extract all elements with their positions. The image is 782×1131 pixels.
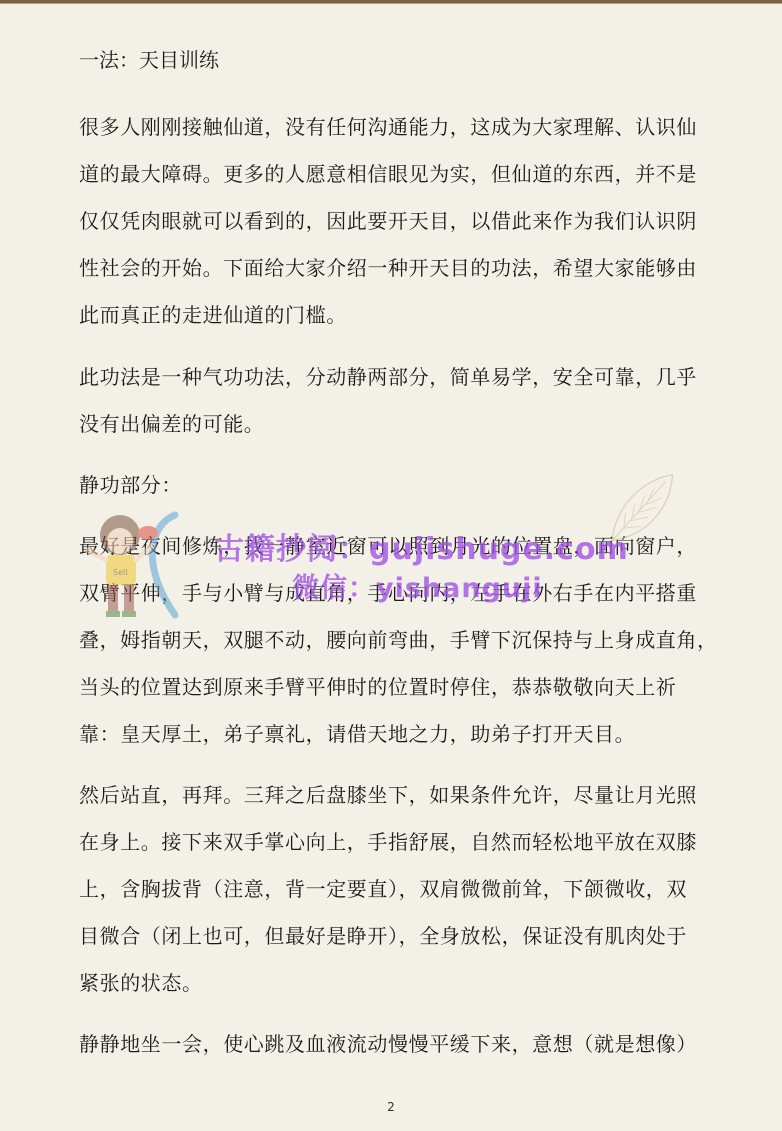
text-line: 性社会的开始。下面给大家介绍一种开天目的功法，希望大家能够由 <box>79 245 709 292</box>
text-line: 静静地坐一会，使心跳及血液流动慢慢平缓下来，意想（就是想像） <box>79 1021 709 1068</box>
paragraph-method: 此功法是一种气功功法，分动静两部分，简单易学，安全可靠，几乎 没有出偏差的可能。 <box>79 354 709 448</box>
text-line: 在身上。接下来双手掌心向上，手指舒展，自然而轻松地平放在双膝 <box>79 819 709 866</box>
text-line: 上，含胸拔背（注意，背一定要直），双肩微微前耸，下颌微收，双 <box>79 866 709 913</box>
text-line: 然后站直，再拜。三拜之后盘膝坐下，如果条件允许，尽量让月光照 <box>79 772 709 819</box>
text-line: 很多人刚刚接触仙道，没有任何沟通能力，这成为大家理解、认识仙 <box>79 104 709 151</box>
text-line: 紧张的状态。 <box>79 960 709 1007</box>
svg-text:Sell: Sell <box>113 568 127 577</box>
mascot-illustration-icon: Sell <box>80 505 200 625</box>
section-title: 一法：天目训练 <box>79 46 219 74</box>
text-line: 此而真正的走进仙道的门槛。 <box>79 292 709 339</box>
paragraph-sitting: 然后站直，再拜。三拜之后盘膝坐下，如果条件允许，尽量让月光照 在身上。接下来双手… <box>79 772 709 1007</box>
text-line: 仅仅凭肉眼就可以看到的，因此要开天目，以借此来作为我们认识阴 <box>79 198 709 245</box>
paragraph-intro: 很多人刚刚接触仙道，没有任何沟通能力，这成为大家理解、认识仙 道的最大障碍。更多… <box>79 104 709 339</box>
top-border <box>0 0 782 4</box>
text-line: 此功法是一种气功功法，分动静两部分，简单易学，安全可靠，几乎 <box>79 354 709 401</box>
paragraph-calm: 静静地坐一会，使心跳及血液流动慢慢平缓下来，意想（就是想像） <box>79 1021 709 1068</box>
page-number: 2 <box>0 1100 782 1114</box>
leaf-decoration-icon <box>605 470 680 545</box>
text-line: 道的最大障碍。更多的人愿意相信眼见为实，但仙道的东西，并不是 <box>79 151 709 198</box>
text-line: 当头的位置达到原来手臂平伸时的位置时停住，恭恭敬敬向天上祈 <box>79 664 709 711</box>
text-line: 目微合（闭上也可，但最好是睁开），全身放松，保证没有肌肉处于 <box>79 913 709 960</box>
text-line: 没有出偏差的可能。 <box>79 401 709 448</box>
text-line: 靠：皇天厚土，弟子禀礼，请借天地之力，助弟子打开天目。 <box>79 711 709 758</box>
